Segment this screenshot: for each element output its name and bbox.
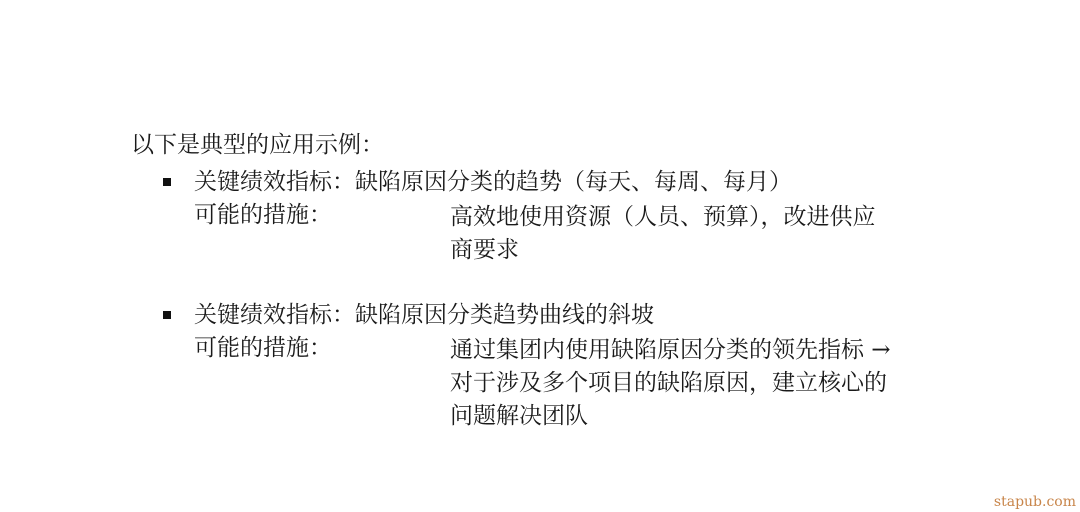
kpi-text: 关键绩效指标：缺陷原因分类的趋势（每天、每周、每月）	[194, 168, 792, 196]
action-label: 可能的措施：	[194, 201, 332, 229]
watermark: stapub.com	[994, 494, 1076, 510]
square-bullet-icon	[163, 178, 171, 186]
square-bullet-icon	[163, 311, 171, 319]
action-text: 高效地使用资源（人员、预算），改进供应 商要求	[450, 201, 876, 267]
document-page: 以下是典型的应用示例： 关键绩效指标：缺陷原因分类的趋势（每天、每周、每月） 可…	[0, 0, 1080, 512]
kpi-text: 关键绩效指标：缺陷原因分类趋势曲线的斜坡	[194, 301, 654, 329]
action-line: 问题解决团队	[450, 400, 891, 433]
action-line: 对于涉及多个项目的缺陷原因，建立核心的	[450, 367, 891, 400]
action-line: 商要求	[450, 234, 876, 267]
action-label: 可能的措施：	[194, 334, 332, 362]
action-text: 通过集团内使用缺陷原因分类的领先指标 → 对于涉及多个项目的缺陷原因，建立核心的…	[450, 334, 891, 433]
action-line: 通过集团内使用缺陷原因分类的领先指标 →	[450, 334, 891, 367]
intro-text: 以下是典型的应用示例：	[131, 131, 384, 159]
action-line: 高效地使用资源（人员、预算），改进供应	[450, 201, 876, 234]
